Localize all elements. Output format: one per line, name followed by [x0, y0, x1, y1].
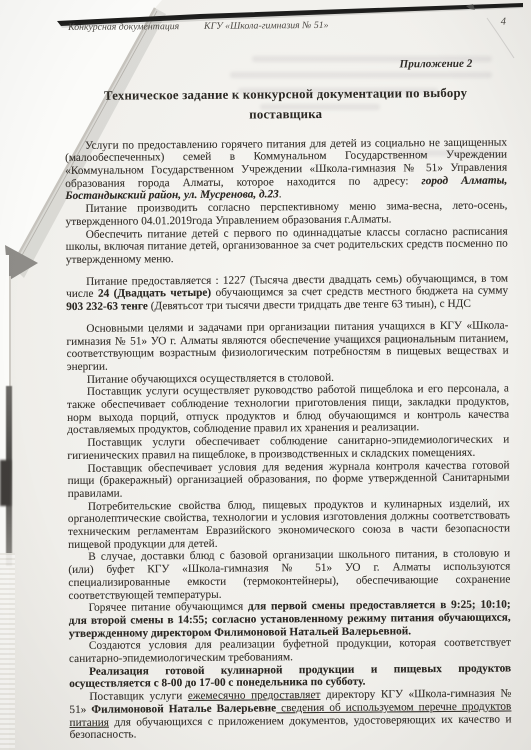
paragraph: Поставщик услуги осуществляет руководств…: [67, 383, 509, 437]
document-body: Услуги по предоставлению горячего питани…: [65, 136, 512, 742]
text-run: Горячее питание обучающимся: [89, 601, 249, 614]
annex-label: Приложение 2: [64, 58, 506, 73]
text-run: Поставщик услуги осуществляет руководств…: [67, 383, 509, 437]
text-run: Поставщик обеспечивает условия для веден…: [68, 459, 510, 500]
paragraph: Потребительские свойства блюд, пищевых п…: [68, 497, 510, 551]
text-run: Основными целями и задачами при организа…: [66, 319, 508, 373]
page-edge-blot: [0, 460, 11, 506]
scanned-page: Конкурсная документация КГУ «Школа-гимна…: [0, 0, 531, 750]
text-run: В случае, доставки блюд с базовой органи…: [68, 548, 510, 602]
paragraph: Поставщик услуги ежемесячно предоставляе…: [69, 688, 511, 742]
paragraph: Поставщик услуги обеспечивает соблюдение…: [67, 434, 509, 463]
header-doc-type: Конкурсная документация: [68, 21, 179, 33]
text-run: (Девятьсот три тысячи двести тридцать дв…: [148, 298, 471, 313]
text-run: Создаются условия для реализации буфетно…: [69, 637, 511, 665]
text-run: Обеспечить питание детей с первого по од…: [66, 225, 508, 266]
text-run: Поставщик услуги: [89, 690, 188, 703]
text-run: 24 (Двадцать четыре): [98, 287, 211, 300]
text-run: Поставщик услуги обеспечивает соблюдение…: [67, 434, 509, 462]
paragraph: Обеспечить питание детей с первого по од…: [66, 225, 508, 267]
document-title: Техническое задание к конкурсной докумен…: [86, 84, 486, 127]
page-number: 4: [501, 17, 506, 28]
header-organization: КГУ «Школа-гимназия № 51»: [204, 20, 329, 32]
text-run: .: [279, 189, 282, 201]
text-run: 903 232-63 тенге: [66, 300, 148, 313]
text-run: Потребительские свойства блюд, пищевых п…: [68, 497, 510, 551]
pen-mark: [466, 4, 475, 10]
paragraph: Питание производить согласно перспективн…: [65, 200, 507, 229]
page-edge-line: [9, 276, 11, 388]
text-run: для обучающихся с приложением документов…: [70, 713, 512, 741]
paragraph: В случае, доставки блюд с базовой органи…: [68, 548, 510, 602]
paragraph: Питание предоставляется : 1227 (Тысяча д…: [66, 272, 508, 314]
text-run: Питание производить согласно перспективн…: [66, 200, 508, 228]
page-header: Конкурсная документация КГУ «Школа-гимна…: [64, 19, 506, 36]
document-content: Конкурсная документация КГУ «Школа-гимна…: [64, 19, 512, 742]
paragraph: Услуги по предоставлению горячего питани…: [65, 136, 507, 203]
text-run: ежемесячно предоставляет: [188, 689, 321, 702]
paragraph: Создаются условия для реализации буфетно…: [69, 637, 511, 666]
binding-stripes: [0, 553, 15, 750]
text-run: Реализация готовой кулинарной продукции …: [69, 662, 511, 690]
paragraph: Поставщик обеспечивает условия для веден…: [67, 459, 509, 501]
paragraph: Реализация готовой кулинарной продукции …: [69, 662, 511, 691]
text-run: Питание обучающихся осуществляется в сто…: [87, 372, 334, 386]
paragraph: Основными целями и задачами при организа…: [66, 319, 508, 373]
text-run: Филимоновой Наталье Валерьевне: [91, 702, 276, 715]
paragraph: Горячее питание обучающимся для первой с…: [69, 599, 511, 641]
